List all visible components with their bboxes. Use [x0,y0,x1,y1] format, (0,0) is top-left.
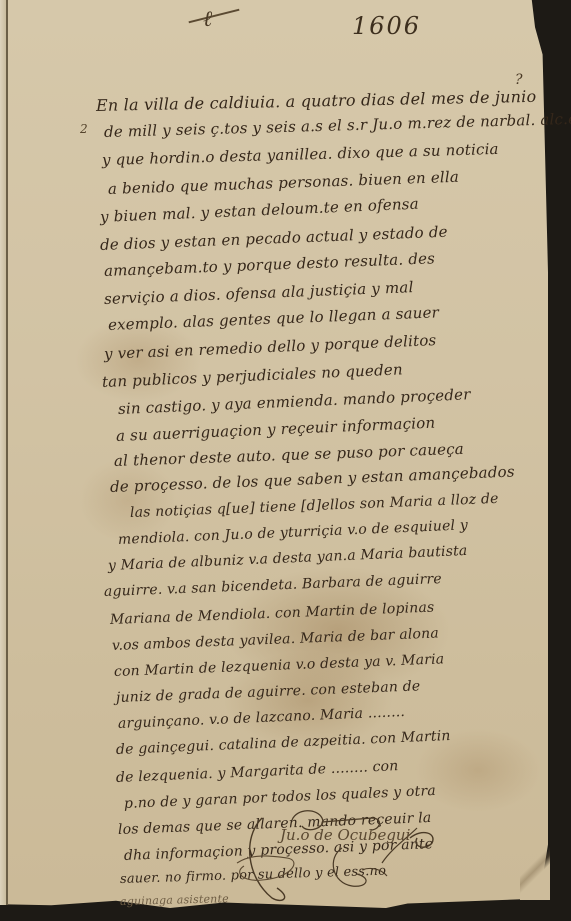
signature-rubric [232,808,462,908]
folded-corner [520,840,550,900]
margin-note: 2 [80,122,88,136]
manuscript-line: aguinaga asistente [120,892,229,908]
folio-mark: ℓ [203,6,212,32]
fold-line [6,0,8,905]
document-year: 1606 [352,12,421,40]
manuscript-scan: ℓ 1606 ? 2 En la villa de caldiuia. a qu… [0,0,571,921]
signature-name: Ju.o de Ocubegui [280,826,410,844]
signature-flourish-icon [232,808,462,908]
corner-mark: ? [515,72,523,88]
